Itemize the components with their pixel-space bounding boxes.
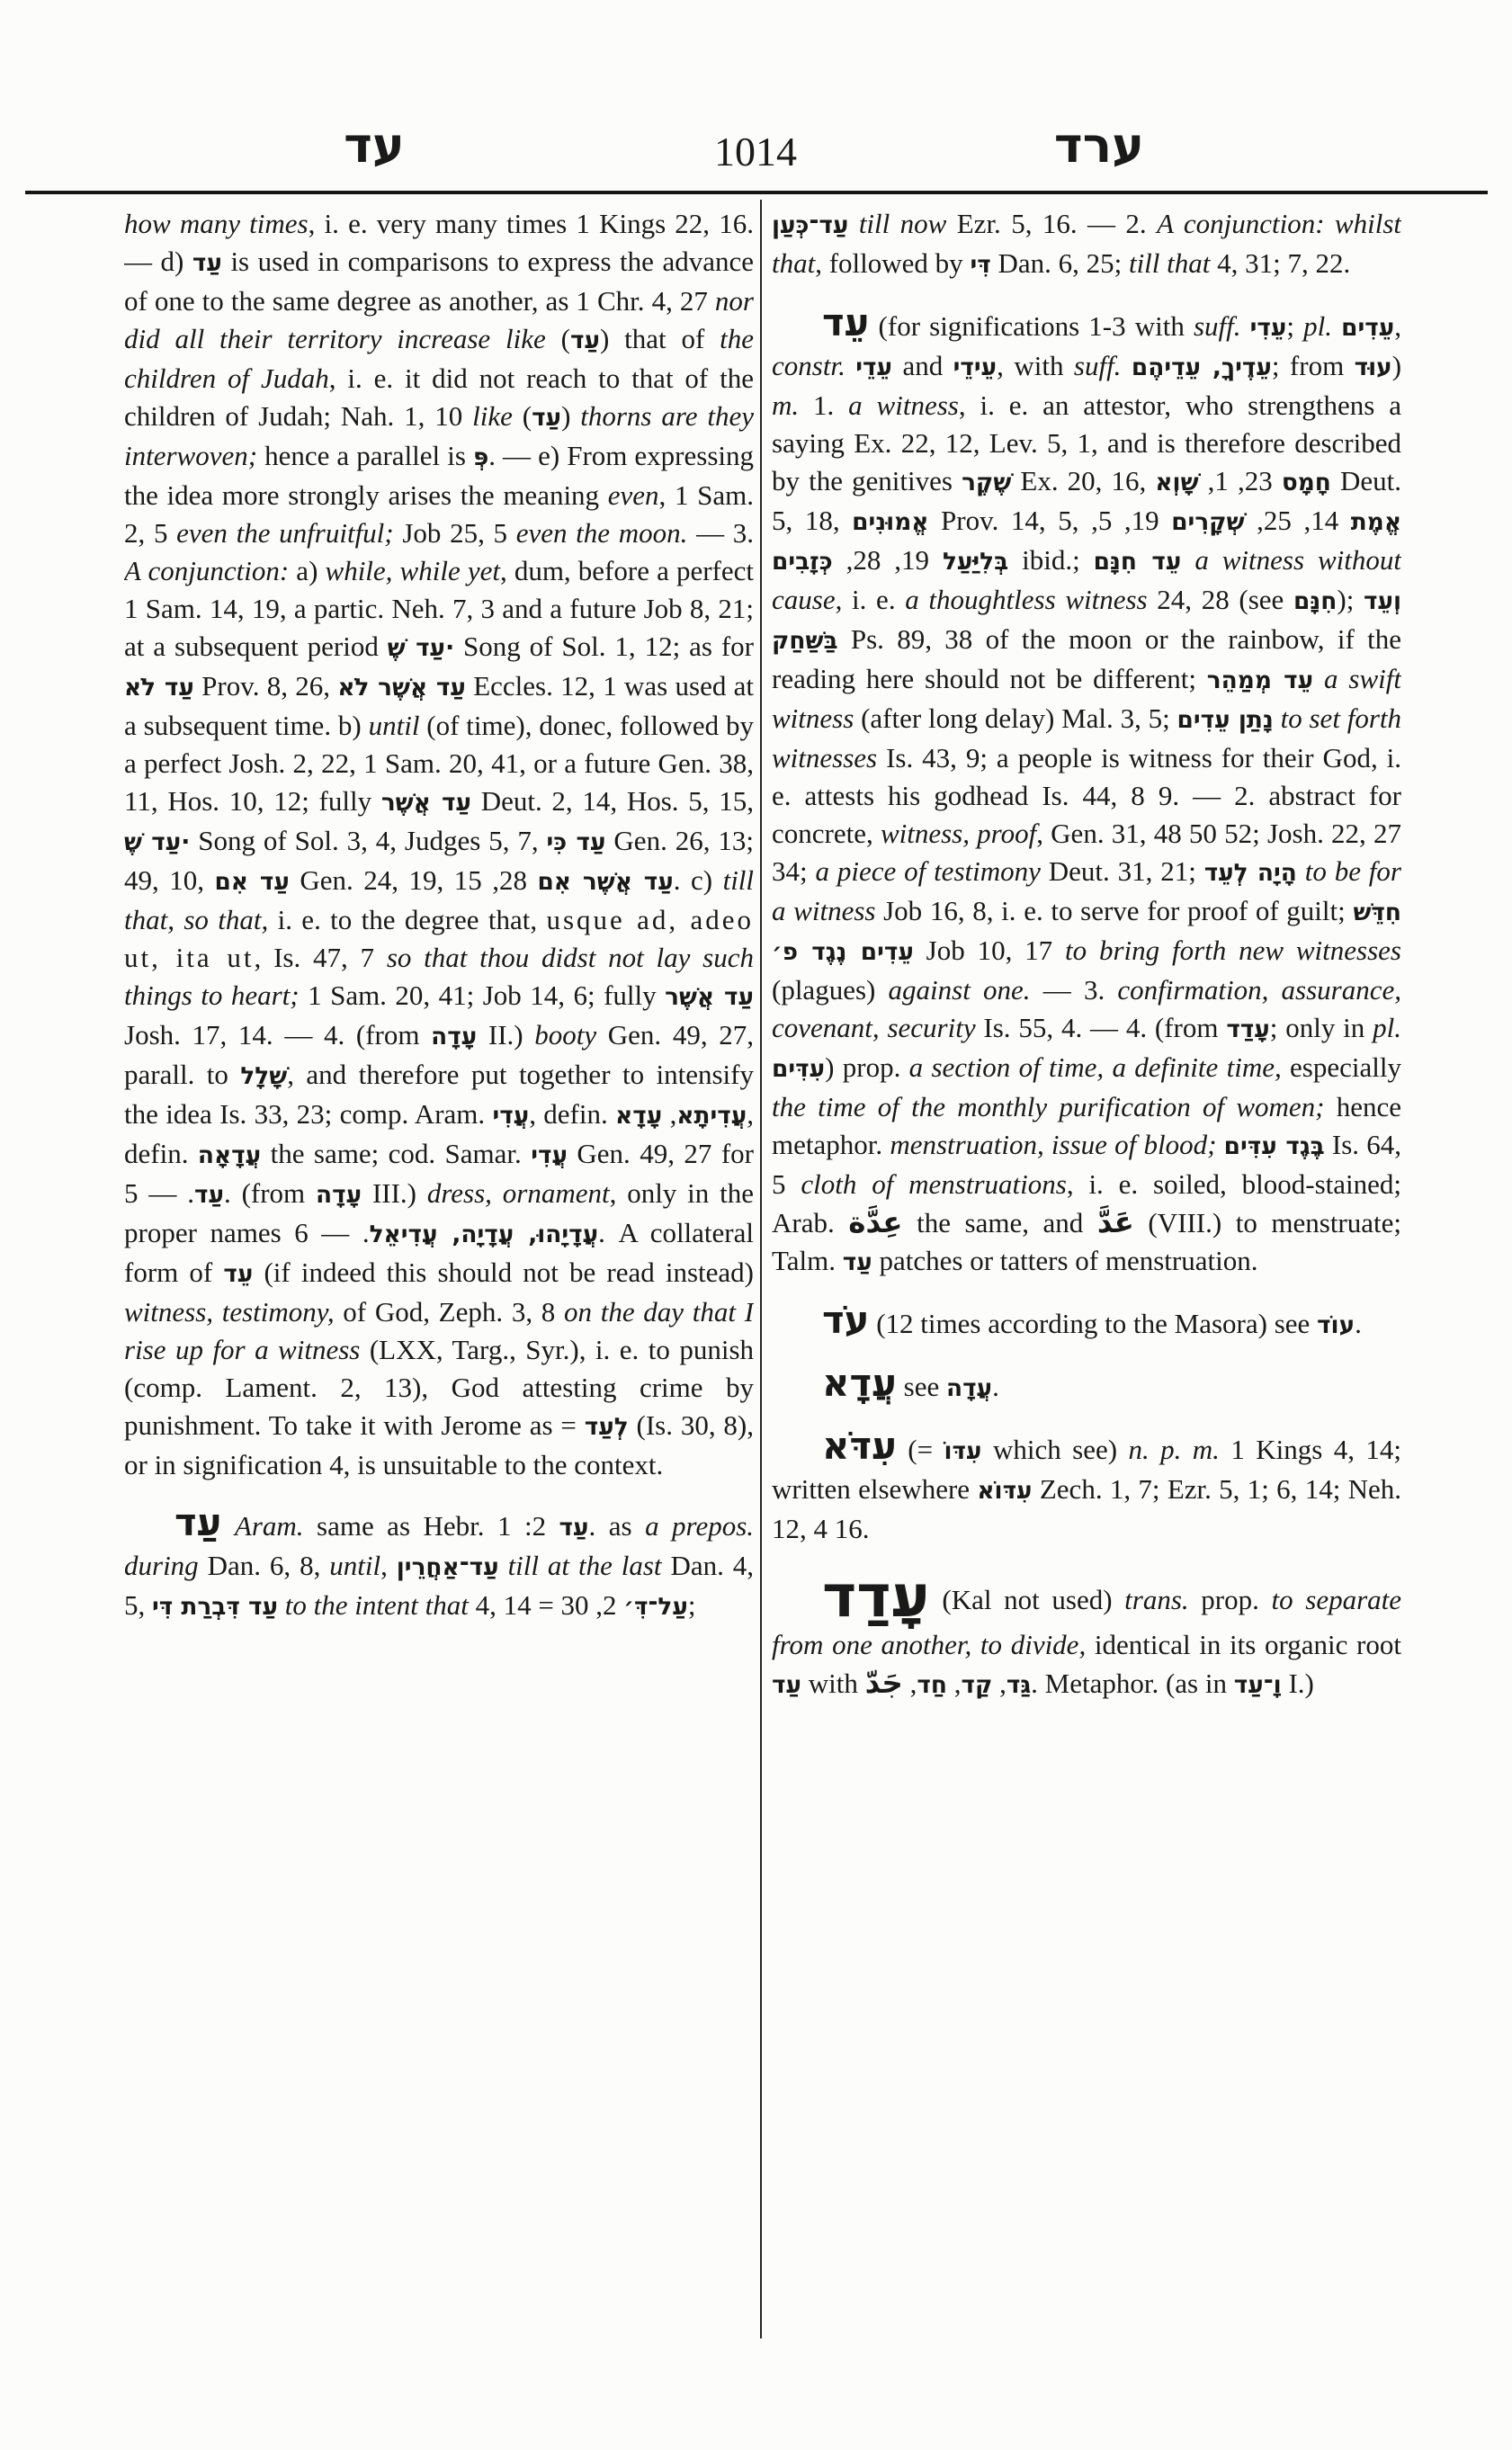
hebrew-text: עַד — [843, 1249, 872, 1276]
entry-ad-hebrew-continuation: how many times, i. e. very many times 1 … — [124, 205, 754, 1484]
text-segment: 1. — [799, 389, 848, 421]
hebrew-text: חָמָס — [1282, 469, 1331, 496]
hebrew-text: כְּזָבִים — [772, 549, 833, 576]
text-segment: and — [892, 350, 953, 381]
entry-adad: עָדַד (Kal not used) trans. prop. to sep… — [772, 1568, 1401, 1704]
text-segment: Is. 55, 4. — 4. (from — [976, 1012, 1227, 1043]
text-segment: 4, 31; 7, 22. — [1210, 247, 1350, 279]
text-segment: constr. — [772, 350, 845, 381]
hebrew-headword: עֵד — [822, 300, 869, 344]
hebrew-text: עַד כִּי — [547, 829, 606, 856]
hebrew-text: הָיָה לְעֵד — [1204, 860, 1297, 887]
text-segment: , with — [997, 350, 1074, 381]
hebrew-text: עִדּוֹא — [977, 1478, 1032, 1505]
text-segment: Gen. 49, 27 for — [568, 1138, 754, 1169]
text-segment: until — [369, 710, 420, 741]
text-segment: with — [801, 1668, 865, 1699]
text-segment: , defin. — [529, 1098, 615, 1130]
hebrew-headword: עֹד — [822, 1298, 869, 1342]
text-segment: . — [992, 1371, 999, 1402]
text-segment: Dan. 6, 8, — [199, 1550, 330, 1581]
text-segment: to the intent that — [285, 1589, 469, 1621]
hebrew-text: אֱמוּנִים — [852, 509, 928, 536]
hebrew-text: עַד — [570, 327, 600, 354]
text-segment: m. — [772, 389, 799, 421]
text-segment: Gen. 24, 19, — [290, 864, 454, 896]
text-segment — [845, 350, 855, 381]
hebrew-text: עֲדָיָהוּ, עֲדָיָה, עֲדִיאֵל — [370, 1221, 599, 1248]
text-segment: cloth of menstruations — [801, 1168, 1066, 1200]
text-segment: ibid.; — [1008, 544, 1093, 576]
hebrew-text: עַד שֶׁ· — [124, 829, 190, 856]
hebrew-text: עַד אֲשֶׁר אִם — [537, 869, 673, 896]
text-segment: Deut. 2, 14, Hos. 5, 15, — [471, 785, 754, 817]
text-segment: hence a parallel is — [257, 440, 473, 471]
text-segment: Song of Sol. 3, 4, Judges 5, 7, — [190, 825, 546, 856]
text-segment: trans. — [1124, 1584, 1189, 1615]
text-segment: 24, 28 (see — [1148, 584, 1293, 615]
hebrew-headword: עַד — [174, 1500, 221, 1544]
text-segment: , — [947, 1668, 962, 1699]
hebrew-text: עַד — [772, 1672, 801, 1699]
text-segment: — 3. — [687, 517, 754, 549]
hebrew-text: עִדּוֹ — [944, 1438, 982, 1465]
text-segment: like — [472, 400, 513, 432]
text-segment: pl. — [1303, 310, 1332, 342]
text-segment: Ex. 20, 16, — [1011, 465, 1155, 496]
hebrew-text: עַד — [194, 1182, 224, 1209]
hebrew-text: פְּ — [473, 444, 488, 471]
hebrew-text: עוּד — [1355, 354, 1392, 381]
hebrew-text: עֲדָאָה — [198, 1142, 261, 1169]
hebrew-text: עֵדִים — [1341, 315, 1394, 342]
text-segment — [848, 208, 858, 239]
text-segment: even — [608, 479, 659, 511]
hebrew-text: בְּלִיַּעַל — [943, 549, 1008, 576]
entry-iddo: עִדֹּא (= עִדּוֹ which see) n. p. m. 1 K… — [772, 1427, 1401, 1548]
text-segment: till now — [859, 208, 947, 239]
text-segment: Prov. 8, 26, — [194, 670, 338, 702]
text-segment: how many times — [124, 208, 309, 239]
text-segment: 14, 25, — [1245, 505, 1351, 536]
hebrew-text: עֲדִי — [531, 1142, 568, 1169]
text-segment: I.) — [1282, 1668, 1314, 1699]
text-segment: especially — [1282, 1051, 1401, 1083]
text-segment: n. p. m. — [1128, 1434, 1219, 1465]
entry-ada: עֲדָא see עֲדָה. — [772, 1364, 1401, 1408]
hebrew-text: שָׁלָל — [240, 1063, 287, 1090]
text-segment — [1121, 350, 1131, 381]
hebrew-text: עֵדֶיךָ, עֵדֵיהֶם — [1132, 354, 1272, 381]
hebrew-text: עָדָה — [316, 1182, 362, 1209]
text-segment: A conjunction: — [124, 555, 289, 586]
hebrew-text: עֲדָה — [946, 1375, 992, 1402]
text-segment: (Kal not used) — [930, 1584, 1124, 1615]
text-segment: (plagues) — [772, 974, 889, 1006]
text-segment: a witness — [848, 389, 959, 421]
text-segment: a piece of testimony — [815, 855, 1040, 887]
text-segment: prop. — [1189, 1584, 1272, 1615]
text-segment: 19, 5, — [1091, 505, 1171, 536]
text-segment: witness, testimony, — [124, 1296, 335, 1328]
text-segment: the same; cod. Samar. — [261, 1138, 531, 1169]
hebrew-text: עַד שֶׁ· — [388, 635, 454, 662]
text-segment: — 3. — [1031, 974, 1118, 1006]
hebrew-text: נָתַן עֵדִים — [1177, 707, 1274, 734]
hebrew-text: עַד דִּבְרַת דִּי — [152, 1594, 278, 1621]
text-segment: a section of time, a definite time, — [909, 1051, 1282, 1083]
text-segment: ; — [1286, 310, 1303, 342]
text-segment: ; from — [1272, 350, 1355, 381]
text-segment: Dan. 6, 25; — [991, 247, 1129, 279]
text-segment: of God, Zeph. 3, 8 — [335, 1296, 564, 1328]
text-segment: Prov. 14, 5, — [928, 505, 1091, 536]
text-segment: 1 Sam. 20, 41; Job 14, 6; fully — [300, 979, 665, 1011]
text-segment: II.) — [477, 1019, 534, 1051]
hebrew-text: עֵידֵי — [953, 354, 998, 381]
hebrew-text: עַד אֲשֶׁר — [381, 790, 471, 817]
text-segment: Deut. 31, 21; — [1041, 855, 1204, 887]
entry-ed-witness: עֵד (for significations 1-3 with suff. ע… — [772, 304, 1401, 1282]
text-segment: (12 times according to the Masora) see — [869, 1308, 1317, 1339]
text-segment: booty — [534, 1019, 596, 1051]
hebrew-text: עוֹד — [1317, 1312, 1355, 1339]
hebrew-text: עַד — [532, 405, 561, 432]
header-rule — [25, 191, 1488, 194]
text-segment: see — [897, 1371, 946, 1402]
text-segment: Job 25, 5 — [394, 517, 516, 549]
hebrew-headword: עֲדָא — [822, 1361, 897, 1405]
text-segment: ) that of — [600, 323, 720, 354]
hebrew-text: עַל־דִּ׳ — [623, 1594, 688, 1621]
text-segment — [499, 1550, 508, 1581]
text-segment: (= — [897, 1434, 944, 1465]
text-segment: till at the last — [508, 1550, 662, 1581]
text-segment: , — [992, 1668, 1007, 1699]
hebrew-text: עָדַד — [1226, 1016, 1269, 1043]
text-segment: a) — [289, 555, 325, 586]
text-segment: (if indeed this should not be read inste… — [253, 1256, 754, 1288]
text-segment: a thoughtless witness — [905, 584, 1147, 615]
text-segment: ) — [1392, 350, 1401, 381]
hebrew-text: עֵד — [223, 1261, 253, 1288]
text-segment — [1216, 1129, 1223, 1160]
text-segment — [1297, 855, 1305, 887]
text-segment — [1313, 663, 1324, 694]
text-segment: which see) — [982, 1434, 1129, 1465]
text-segment: , — [903, 1668, 917, 1699]
text-segment: patches or tatters of menstruation. — [872, 1245, 1258, 1276]
hebrew-text: וָ־עַד — [1234, 1672, 1282, 1699]
text-segment: , i. e. — [836, 584, 906, 615]
hebrew-text: עִדִּים — [772, 1056, 825, 1083]
text-segment: while, while yet — [326, 555, 500, 586]
text-segment: ); — [1337, 584, 1364, 615]
page-number: 1014 — [630, 122, 881, 182]
hebrew-text: עֵד מְמַהֵר — [1207, 667, 1313, 694]
hebrew-text: עַד אֲשֶׁר לֹא — [337, 675, 466, 702]
text-segment: ) — [561, 400, 580, 432]
text-segment: identical in its organic root — [1086, 1629, 1401, 1660]
hebrew-text: בֶּגֶד עִדִּים — [1224, 1133, 1325, 1160]
text-segment: Aram. — [235, 1510, 304, 1542]
header-keyword-right: ערד — [1027, 110, 1171, 182]
text-segment: , — [662, 1098, 676, 1130]
text-segment — [278, 1589, 285, 1621]
arabic-text: عِدَّة — [848, 1205, 902, 1239]
header-keyword-left: עד — [302, 110, 446, 182]
text-segment: 4, 14 = — [469, 1589, 561, 1621]
hebrew-text: עֲדִי — [492, 1103, 529, 1130]
text-segment: pl. — [1373, 1012, 1401, 1043]
text-segment: ; only in — [1270, 1012, 1373, 1043]
hebrew-text: חַד — [917, 1672, 947, 1699]
text-segment: the same, and — [903, 1207, 1097, 1238]
text-segment: until — [329, 1550, 380, 1581]
hebrew-text: עָדָה — [431, 1024, 477, 1051]
text-segment: even the moon. — [516, 517, 688, 549]
column-divider — [760, 200, 762, 2338]
hebrew-text: שֶׁקֶר — [962, 469, 1011, 496]
arabic-text: جَدّ — [865, 1666, 903, 1700]
text-segment: . Metaphor. (as in — [1031, 1668, 1234, 1699]
arabic-text: عَدَّ — [1097, 1205, 1134, 1239]
text-segment: even the unfruitful; — [176, 517, 393, 549]
text-segment: Job 10, 17 — [914, 934, 1065, 966]
hebrew-text: עַד אֲשֶׁר — [665, 984, 754, 1011]
left-column: how many times, i. e. very many times 1 … — [124, 205, 754, 2409]
hebrew-text: גַּד — [1007, 1672, 1031, 1699]
text-segment: till that — [1129, 247, 1210, 279]
hebrew-text: דִּי — [970, 252, 990, 279]
text-segment: 19, 28, — [833, 544, 943, 576]
hebrew-text: חִנָּם — [1293, 588, 1337, 615]
text-segment: menstruation, issue of blood; — [890, 1129, 1216, 1160]
entry-ad-aramaic: עַד Aram. same as Hebr. עַד 2: 1. as a p… — [124, 1504, 754, 1626]
text-segment — [1241, 310, 1250, 342]
hebrew-text: לְעַד — [585, 1414, 629, 1441]
text-segment: III.) — [362, 1177, 427, 1209]
text-segment: , — [380, 1550, 397, 1581]
text-segment: Job 16, 8, i. e. to serve for proof of g… — [875, 895, 1353, 926]
hebrew-text: עַד — [559, 1515, 589, 1542]
hebrew-text: עַד — [192, 250, 222, 277]
right-column: עַד־כְּעַן till now Ezr. 5, 16. — 2. A c… — [772, 205, 1401, 2409]
text-segment: suff. — [1194, 310, 1241, 342]
hebrew-headword: עָדַד — [822, 1563, 930, 1631]
hebrew-text: עֵדִי — [1250, 315, 1287, 342]
entry-ad-aramaic-continuation: עַד־כְּעַן till now Ezr. 5, 16. — 2. A c… — [772, 205, 1401, 284]
text-segment: i. e. to the degree that, — [268, 904, 546, 935]
hebrew-text: עַד־אַחֲרֵין — [397, 1554, 499, 1581]
text-segment: suff. — [1074, 350, 1122, 381]
text-segment — [1332, 310, 1341, 342]
hebrew-text: עֵד חִנָּם — [1094, 549, 1182, 576]
text-segment: to bring forth new witnesses — [1065, 934, 1401, 966]
text-segment: ) prop. — [825, 1051, 909, 1083]
text-segment: , — [1394, 310, 1401, 342]
hebrew-text: עָדָא — [615, 1103, 662, 1130]
hebrew-text: שְׁקָרִים — [1171, 509, 1244, 536]
text-segment: , followed by — [815, 247, 970, 279]
text-segment: same as Hebr. — [304, 1510, 497, 1542]
hebrew-headword: עִדֹּא — [822, 1424, 897, 1468]
text-segment — [1274, 702, 1281, 734]
text-segment: (for significations 1-3 with — [869, 310, 1194, 342]
text-segment: Josh. 17, 14. — 4. (from — [124, 1019, 431, 1051]
text-segment: ( — [513, 400, 532, 432]
hebrew-text: אֱמֶת — [1351, 509, 1401, 536]
entry-od: עֹד (12 times according to the Masora) s… — [772, 1301, 1401, 1345]
text-segment: the time of the monthly purification of … — [772, 1091, 1324, 1122]
text-segment — [1181, 544, 1194, 576]
text-segment: , Is. 47, 7 — [255, 942, 387, 973]
text-segment: Song of Sol. 1, 12; as for — [454, 630, 754, 662]
text-segment: ( — [546, 323, 570, 354]
hebrew-text: עַד־כְּעַן — [772, 212, 848, 239]
text-segment: witness, proof — [881, 818, 1036, 849]
hebrew-text: עֵדֵי — [855, 354, 892, 381]
text-segment: (after long delay) Mal. 3, 5; — [854, 702, 1176, 734]
text-segment: 23, 1, — [1199, 465, 1282, 496]
hebrew-text: שָׁוְא — [1155, 469, 1198, 496]
text-segment: dress, ornament — [427, 1177, 610, 1209]
text-segment — [221, 1510, 234, 1542]
text-segment: against one. — [889, 974, 1031, 1006]
hebrew-text: עַד לֹא — [124, 675, 194, 702]
dictionary-page: עד 1014 ערד how many times, i. e. very m… — [0, 0, 1512, 2450]
hebrew-text: קַד — [961, 1672, 992, 1699]
text-segment: Ezr. 5, 16. — 2. — [946, 208, 1157, 239]
hebrew-text: עֲדִיתָא — [676, 1103, 747, 1130]
hebrew-text: עַד אִם — [214, 869, 289, 896]
text-segment: . — [1355, 1308, 1362, 1339]
